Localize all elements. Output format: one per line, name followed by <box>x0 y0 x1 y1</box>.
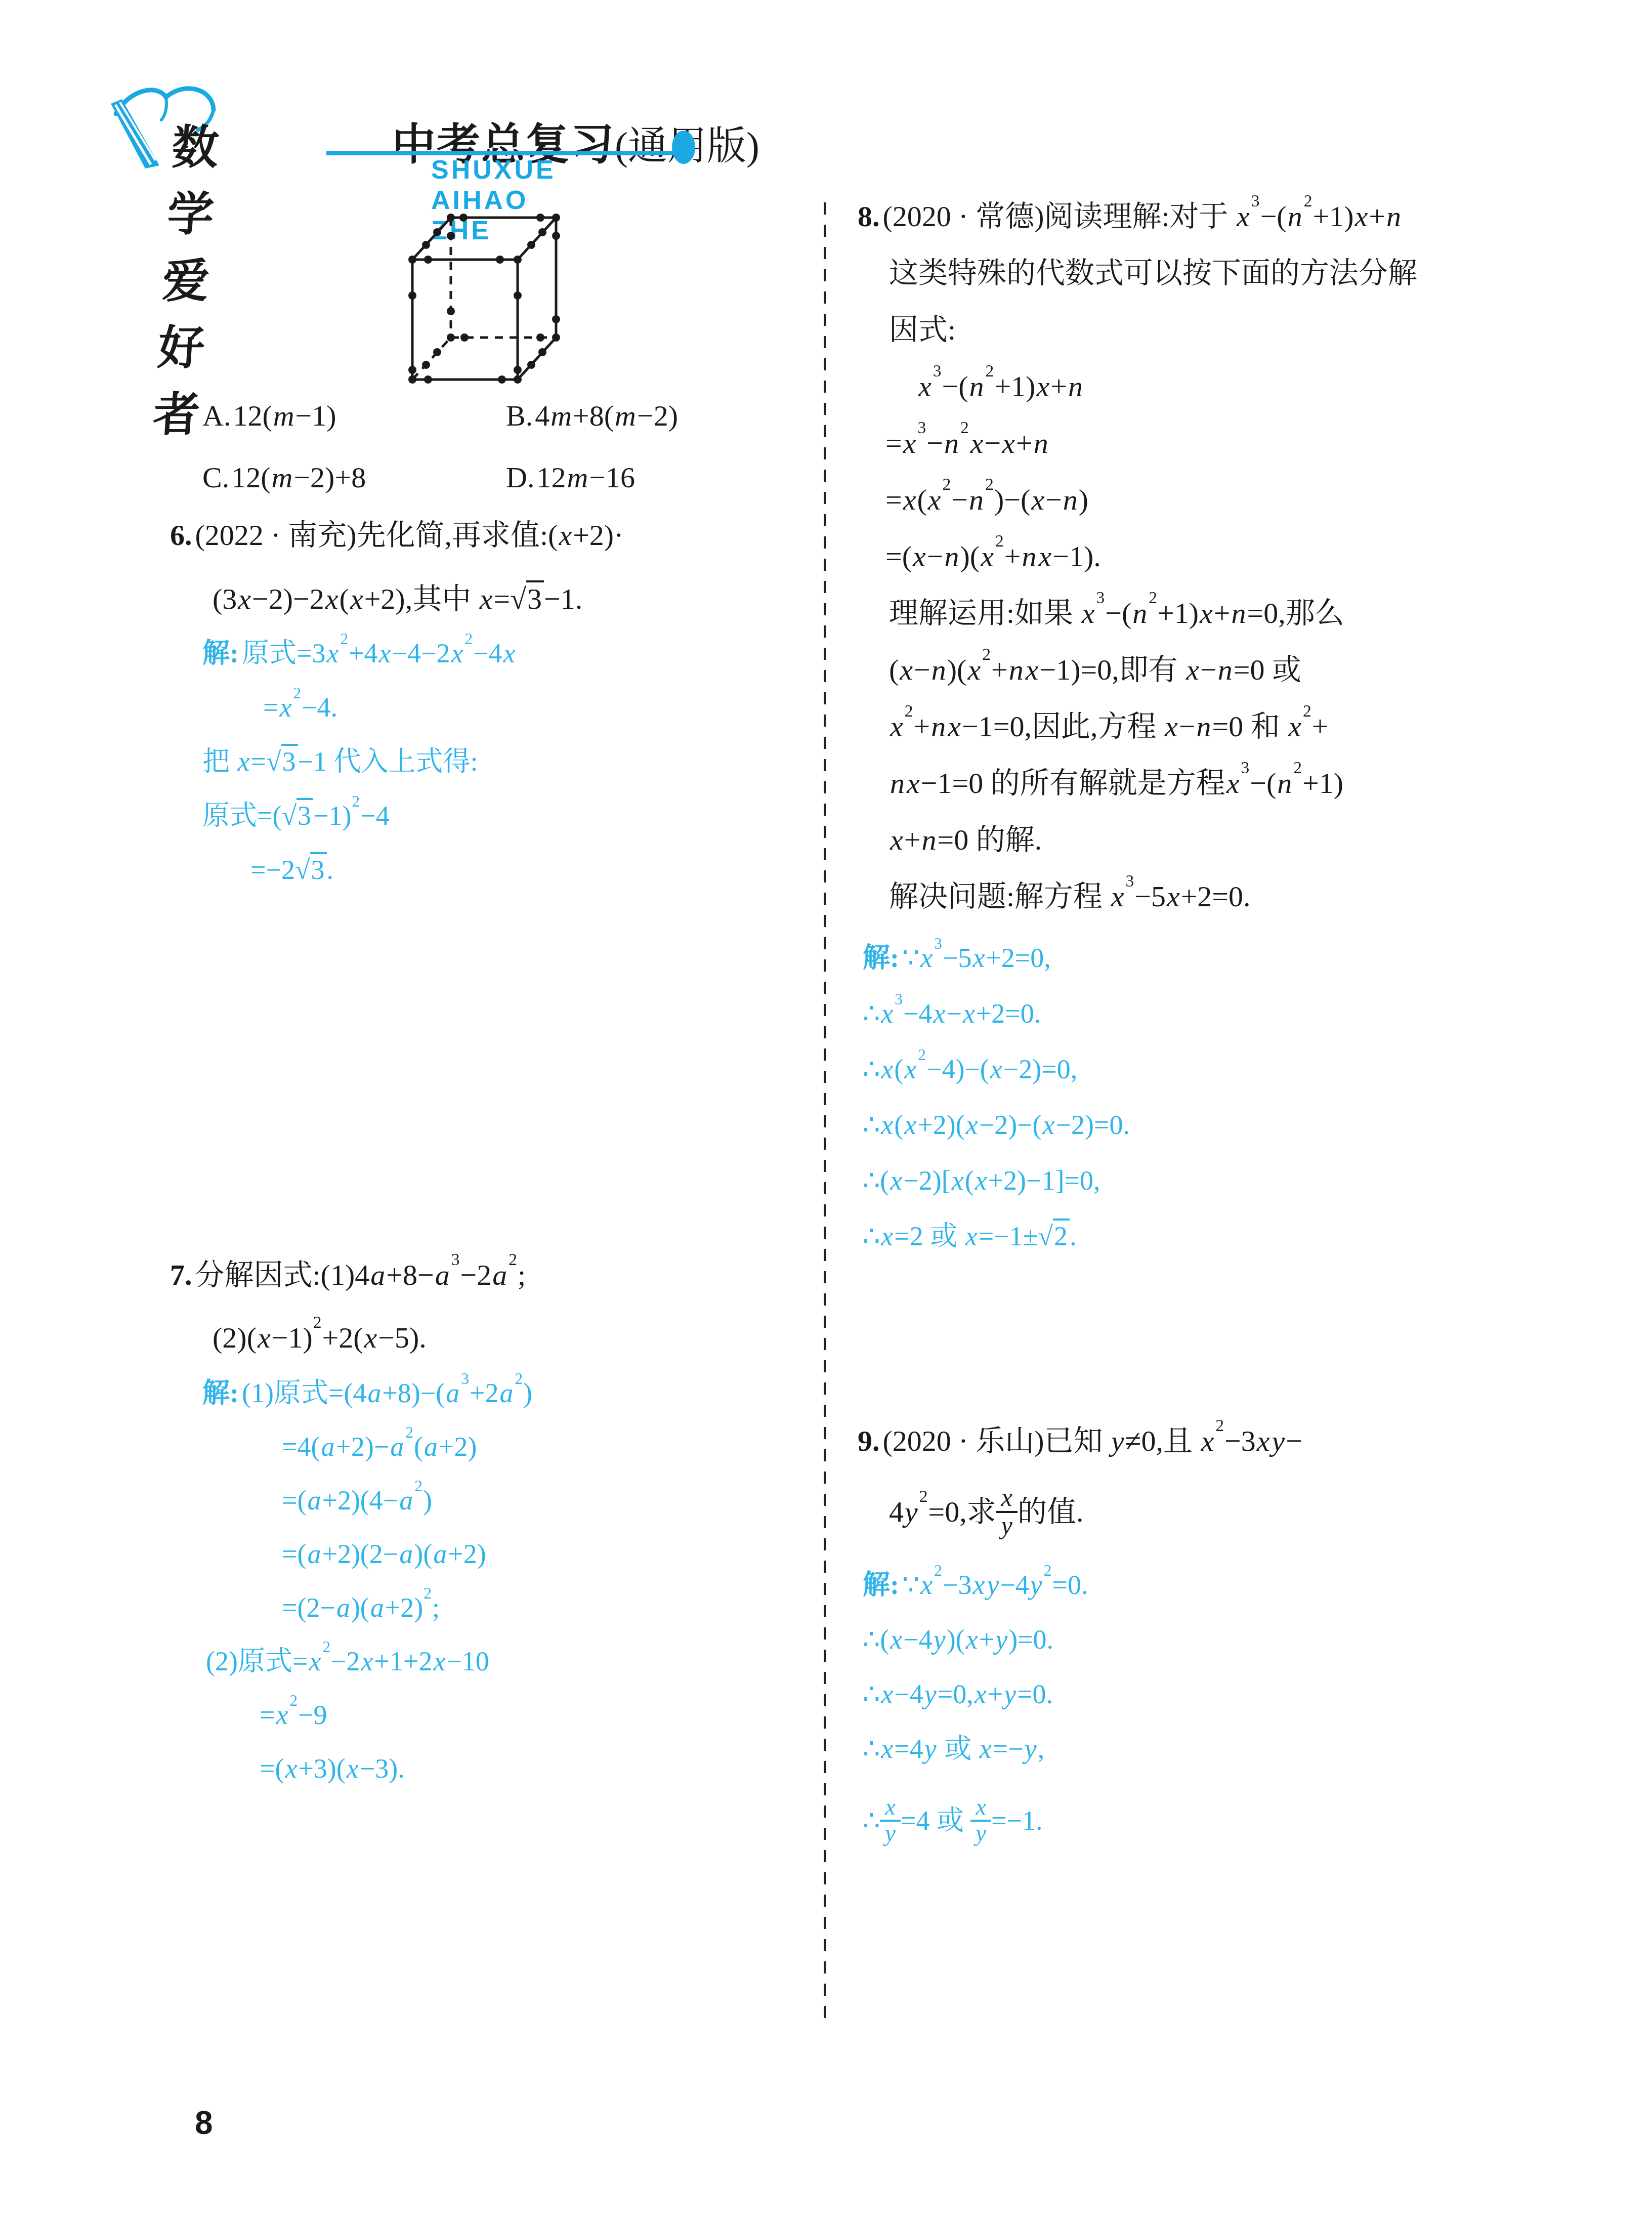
option-label: D. <box>506 461 534 494</box>
option-D: D.12m−16 <box>506 460 635 494</box>
problem-8: 8.(2020 · 常德)阅读理解:对于 x3−(n2+1)x+n这类特殊的代数… <box>858 188 1417 925</box>
text-line: ∴x=4y 或 x=−y, <box>863 1721 1088 1776</box>
text-line: x3−(n2+1)x+n <box>858 358 1417 415</box>
text-line: 解:∵x2−3xy−4y2=0. <box>863 1558 1088 1612</box>
text-line: 8.(2020 · 常德)阅读理解:对于 x3−(n2+1)x+n <box>858 188 1417 245</box>
option-B: B.4m+8(m−2) <box>506 399 678 433</box>
text-line: 原式=(√3−1)2−4 <box>202 789 517 843</box>
text-line: 6.(2022 · 南充)先化简,再求值:(x+2)· <box>170 503 623 567</box>
text-line: 解:原式=3x2+4x−4−2x2−4x <box>202 626 517 681</box>
text-line: 7.分解因式:(1)4a+8−a3−2a2; <box>170 1244 526 1307</box>
text-line: 把 x=√3−1 代入上式得: <box>202 735 517 789</box>
problem-6: 6.(2022 · 南充)先化简,再求值:(x+2)·(3x−2)−2x(x+2… <box>170 503 623 631</box>
text-line: (3x−2)−2x(x+2),其中 x=√3−1. <box>170 567 623 631</box>
text-line: (2)(x−1)2+2(x−5). <box>170 1307 526 1369</box>
text-line: =(a+2)(4−a2) <box>202 1474 532 1527</box>
text-line: nx−1=0 的所有解就是方程x3−(n2+1) <box>858 755 1417 812</box>
text-line: =x3−n2x−x+n <box>858 415 1417 472</box>
text-line: =x2−4. <box>202 681 517 735</box>
text-line: x2+nx−1=0,因此,方程 x−n=0 和 x2+ <box>858 698 1417 755</box>
text-line: =(x+3)(x−3). <box>202 1742 532 1795</box>
option-C: C.12(m−2)+8 <box>202 460 366 494</box>
text-line: ∴x(x+2)(x−2)−(x−2)=0. <box>863 1097 1130 1153</box>
text-line: =4(a+2)−a2(a+2) <box>202 1420 532 1474</box>
text-line: 因式: <box>858 302 1417 358</box>
line-lead: 6. <box>170 519 192 552</box>
text-line: 这类特殊的代数式可以按下面的方法分解 <box>858 245 1417 302</box>
line-lead: 解: <box>863 1570 899 1600</box>
text-line: (2)原式=x2−2x+1+2x−10 <box>202 1634 532 1688</box>
text-line: 解:(1)原式=(4a+8)−(a3+2a2) <box>202 1366 532 1420</box>
solution-7: 解:(1)原式=(4a+8)−(a3+2a2)=4(a+2)−a2(a+2)=(… <box>202 1366 532 1795</box>
solution-9: 解:∵x2−3xy−4y2=0.∴(x−4y)(x+y)=0.∴x−4y=0,x… <box>863 1558 1088 1849</box>
header-rule-dot <box>672 131 695 164</box>
text-line: =(a+2)(2−a)(a+2) <box>202 1527 532 1581</box>
text-line: ∴(x−4y)(x+y)=0. <box>863 1612 1088 1667</box>
line-lead: 8. <box>858 200 880 233</box>
line-lead: 9. <box>858 1424 880 1457</box>
text-line: (x−n)(x2+nx−1)=0,即有 x−n=0 或 <box>858 642 1417 698</box>
text-line: =x(x2−n2)−(x−n) <box>858 472 1417 528</box>
text-line: x+n=0 的解. <box>858 812 1417 868</box>
text-line: 理解运用:如果 x3−(n2+1)x+n=0,那么 <box>858 585 1417 642</box>
option-label: B. <box>506 399 533 432</box>
workbook-page: { "colors":{"accent":"#1BA9E4","solution… <box>0 0 1652 2226</box>
solution-6: 解:原式=3x2+4x−4−2x2−4x=x2−4.把 x=√3−1 代入上式得… <box>202 626 517 897</box>
text-line: =x2−9 <box>202 1688 532 1742</box>
line-lead: 解: <box>202 638 239 668</box>
line-lead: 解: <box>863 943 899 973</box>
cube-figure <box>397 206 574 394</box>
text-line: 4y2=0,求xy的值. <box>858 1477 1302 1547</box>
line-lead: 解: <box>202 1378 239 1408</box>
column-divider <box>824 202 826 2022</box>
text-line: =(2−a)(a+2)2; <box>202 1581 532 1634</box>
text-line: ∴x−4y=0,x+y=0. <box>863 1667 1088 1721</box>
option-A: A.12(m−1) <box>202 399 336 433</box>
text-line: =−2√3. <box>202 843 517 897</box>
text-line: ∴xy=4 或 xy=−1. <box>863 1793 1088 1849</box>
text-line: ∴x3−4x−x+2=0. <box>863 986 1130 1041</box>
text-line: =(x−n)(x2+nx−1). <box>858 528 1417 585</box>
text-line: 9.(2020 · 乐山)已知 y≠0,且 x2−3xy− <box>858 1406 1302 1477</box>
solution-8: 解:∵x3−5x+2=0,∴x3−4x−x+2=0.∴x(x2−4)−(x−2)… <box>863 930 1130 1264</box>
option-label: C. <box>202 461 229 494</box>
page-number: 8 <box>195 2104 213 2141</box>
text-line: 解决问题:解方程 x3−5x+2=0. <box>858 868 1417 925</box>
line-lead: 7. <box>170 1258 192 1291</box>
problem-7: 7.分解因式:(1)4a+8−a3−2a2;(2)(x−1)2+2(x−5). <box>170 1244 526 1369</box>
text-line: ∴x(x2−4)−(x−2)=0, <box>863 1041 1130 1097</box>
text-line: 解:∵x3−5x+2=0, <box>863 930 1130 986</box>
option-label: A. <box>202 399 231 432</box>
problem-9: 9.(2020 · 乐山)已知 y≠0,且 x2−3xy−4y2=0,求xy的值… <box>858 1406 1302 1547</box>
text-line: ∴(x−2)[x(x+2)−1]=0, <box>863 1153 1130 1208</box>
text-line: ∴x=2 或 x=−1±√2. <box>863 1208 1130 1264</box>
